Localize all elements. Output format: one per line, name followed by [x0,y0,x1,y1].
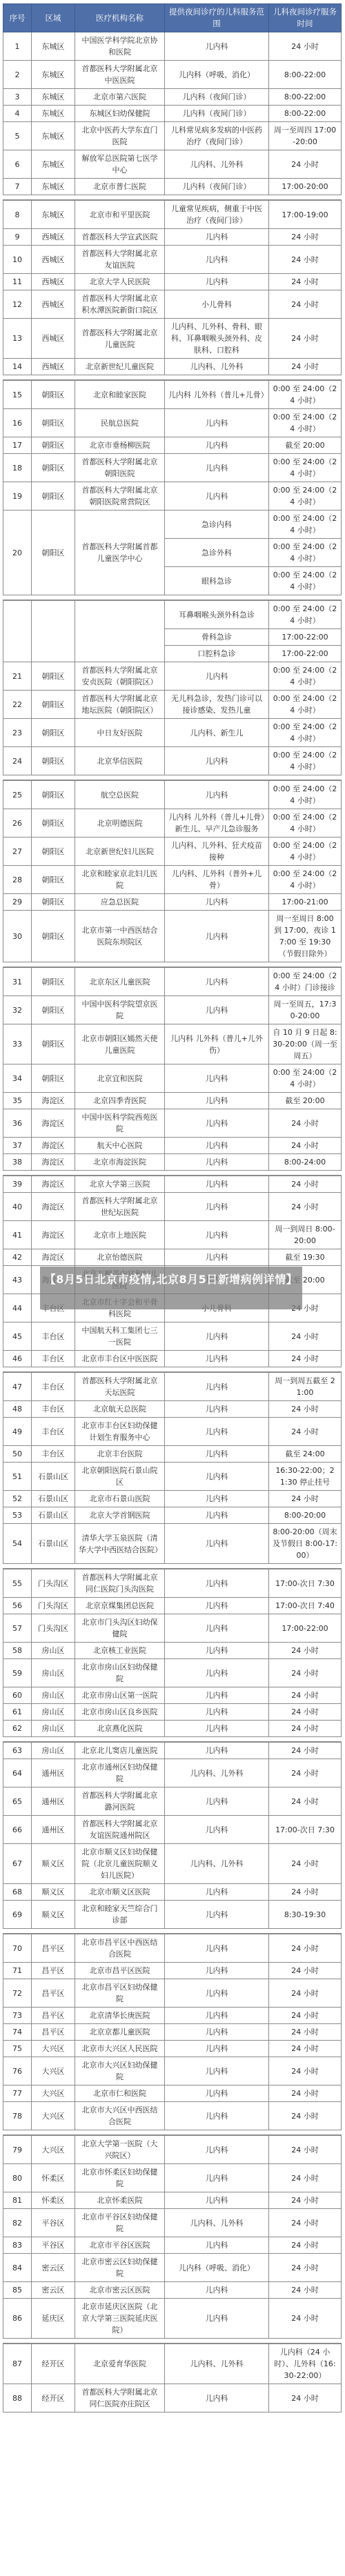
row-index: 17 [3,437,32,454]
row-institution: 北京市密云区医院 [75,2282,165,2299]
row-service-time: 17:00-22:00 [269,1614,342,1643]
row-district: 朝阳区 [32,996,75,1024]
row-institution: 东城区妇幼保健院 [75,106,165,122]
row-district: 丰台区 [32,1322,75,1351]
row-district: 东城区 [32,32,75,61]
row-service-time: 0:00 至 24:00（24 小时） [269,838,342,866]
row-service-time: 24 小时 [269,1787,342,1816]
row-district: 东城区 [32,89,75,106]
row-district: 东城区 [32,61,75,89]
row-institution: 中国中医科学院西苑医院 [75,1109,165,1138]
table-row: 32朝阳区中国中医科学院望京医院儿内科周一至周五，17:30-20:00 [3,996,342,1024]
row-institution: 北京华信医院 [75,747,165,775]
row-district: 密云区 [32,2282,75,2299]
row-service-time: 24 小时 [269,32,342,61]
row-institution: 北京大学第三医院 [75,1176,165,1193]
table-row: 58房山区北京核工业医院儿内科24 小时 [3,1643,342,1659]
table-row: 39海淀区北京大学第三医院儿内科24 小时 [3,1176,342,1193]
row-service-scope: 儿内科 [165,2192,269,2209]
row-institution: 北京朝阳医院石景山院区 [75,1463,165,1491]
row-district: 丰台区 [32,1351,75,1367]
table-row: 30朝阳区北京市第一中西医结合医院东坝院区儿内科周一至周日 8:00 到 17:… [3,911,342,962]
row-index: 49 [3,1418,32,1446]
row-district: 大兴区 [32,2041,75,2057]
row-district: 朝阳区 [32,809,75,838]
table-row: 8东城区北京市和平里医院儿童常见疾病，侧重于中医治疗（夜间门诊）17:00-19… [3,200,342,229]
row-service-time: 8:00-24:00 [269,1154,342,1171]
row-district: 朝阳区 [32,1064,75,1093]
row-service-scope: 儿内科 [165,1507,269,1524]
row-service-scope: 儿内科 [165,911,269,962]
row-index: 42 [3,1249,32,1266]
row-service-time: 17:00-次日 7:40 [269,1598,342,1614]
row-institution: 北京新世纪儿童医院 [75,359,165,375]
table-row: 67顺义区北京市顺义区妇幼保健院（北京儿童医院顺义妇儿医院）儿内科、儿外科24 … [3,1844,342,1884]
row-service-scope: 无儿科急诊，发热门诊可以接诊感染、发热儿童 [165,691,269,719]
row-service-scope: 儿内科 [165,1418,269,1446]
row-service-scope: 儿内科（夜间门诊） [165,89,269,106]
row-institution: 北京市上地医院 [75,1221,165,1249]
row-service-time: 24 小时 [269,2384,342,2412]
row-service-time: 0:00 至 24:00（24 小时） [269,1064,342,1093]
row-index: 52 [3,1491,32,1507]
row-district: 石景山区 [32,1507,75,1524]
row-service-scope: 儿内科 [165,1569,269,1598]
row-service-time: 截至 20:00 [269,1093,342,1109]
row-district: 海淀区 [32,1109,75,1138]
row-service-time: 24 小时 [269,2192,342,2209]
row-service-scope: 儿内科 [165,32,269,61]
row-service-time: 24 小时 [269,1193,342,1221]
row-institution: 北京市房山区良乡医院 [75,1704,165,1721]
row-index: 58 [3,1643,32,1659]
row-service-scope: 儿内科、儿外科 [165,2344,269,2384]
row-service-time: 8:00-22:00 [269,61,342,89]
row-service-time: 周一至周日 8:00 到 17:00，夜诊 17:00 至 19:30（节假日除… [269,911,342,962]
row-institution: 北京和睦家京北妇儿医院 [75,866,165,894]
table-row: 55门头沟区首都医科大学附属北京同仁医院门头沟医院儿内科17:00-次日 7:3… [3,1569,342,1598]
row-institution: 北京市门头沟区妇幼保健院 [75,1614,165,1643]
row-service-scope: 儿内科 [165,1742,269,1759]
row-district: 怀柔区 [32,2164,75,2192]
row-index: 48 [3,1401,32,1418]
row-district: 平谷区 [32,2237,75,2254]
row-institution: 首都医科大学附属北京朝阳医院 [75,454,165,482]
row-service-scope: 儿内科 [165,2384,269,2412]
row-service-scope: 儿内科 [165,1659,269,1687]
row-district: 石景山区 [32,1491,75,1507]
table-row: 77大兴区北京市仁和医院儿内科24 小时 [3,2085,342,2102]
row-service-time: 24 小时 [269,1418,342,1446]
row-index: 62 [3,1721,32,1737]
row-district: 朝阳区 [32,511,75,595]
row-service-scope: 儿内科 [165,1934,269,1963]
row-index: 88 [3,2384,32,2412]
row-district: 朝阳区 [32,380,75,409]
row-index: 78 [3,2102,32,2130]
table-row: 41海淀区北京市上地医院儿内科周一到周日 8:00-20:00 [3,1221,342,1249]
row-district: 怀柔区 [32,2192,75,2209]
row-service-time: 24 小时 [269,1687,342,1704]
row-index: 15 [3,380,32,409]
row-index: 82 [3,2209,32,2237]
row-district: 丰台区 [32,1372,75,1401]
row-service-time: 24 小时 [269,2164,342,2192]
row-district: 密云区 [32,2254,75,2282]
row-service-scope: 儿内科（呼吸、消化） [165,61,269,89]
row-service-time: 0:00 至 24:00（24 小时） [269,409,342,437]
row-institution: 北京市普仁医院 [75,179,165,195]
row-service-time: 8:00-22:00 [269,106,342,122]
row-index: 36 [3,1109,32,1138]
table-row: 49丰台区北京市丰台区妇幼保健计划生育服务中心儿内科24 小时 [3,1418,342,1446]
row-service-scope: 儿内科 [165,1401,269,1418]
row-index: 38 [3,1154,32,1171]
row-district: 房山区 [32,1704,75,1721]
row-service-time: 8:00-20:00 [269,1507,342,1524]
row-district: 昌平区 [32,1979,75,2008]
row-institution: 北京宜和医院 [75,1064,165,1093]
table-row: 24朝阳区北京华信医院儿内科0:00 至 24:00（24 小时） [3,747,342,775]
row-index: 46 [3,1351,32,1367]
row-service-time: 24 小时 [269,1659,342,1687]
table-body: 1东城区中国医学科学院北京协和医院儿内科24 小时2东城区首都医科大学附属北京中… [3,32,342,2412]
gap-cell [3,1367,342,1373]
row-institution: 首都医科大学附属首都儿童医学中心 [75,511,165,595]
table-row: 54石景山区清华大学玉泉医院（清华大学中西医结合医院）儿内科8:00-20:00… [3,1524,342,1564]
row-index: 26 [3,809,32,838]
table-row: 11西城区北京大学人民医院儿内科24 小时 [3,274,342,290]
row-district: 海淀区 [32,1093,75,1109]
row-district: 朝阳区 [32,747,75,775]
row-service-time: 0:00 至 24:00（24 小时） [269,380,342,409]
row-institution: 北京市延庆区医院（北京大学第三医院延庆医院） [75,2299,165,2339]
gap-cell [3,1564,342,1569]
row-institution: 北京市顺义区医院 [75,1884,165,1901]
row-service-time: 24 小时 [269,1351,342,1367]
row-district: 海淀区 [32,1138,75,1154]
table-row: 79大兴区北京大学第一医院（大兴院区）儿内科24 小时 [3,2135,342,2164]
row-service-scope: 儿内科 [165,1816,269,1844]
table-row: 33朝阳区北京市朝阳区嫣然天使儿童医院儿内科 儿外科（普儿+儿外伤）自 10 月… [3,1024,342,1064]
row-service-scope: 儿内科 [165,1787,269,1816]
row-service-scope: 儿内科 [165,1109,269,1138]
row-institution: 北京大学首钢医院 [75,1507,165,1524]
night-pediatric-table-container: 序号 区域 医疗机构名称 提供夜间诊疗的儿科服务范围 儿科夜间诊疗服务时间 1东… [3,3,341,2412]
row-service-scope: 儿内科 [165,747,269,775]
row-service-time: 0:00 至 24:00（24 小时） [269,539,342,567]
row-service-scope: 儿内科 [165,1721,269,1737]
row-district: 朝阳区 [32,1024,75,1064]
row-service-scope: 儿内科 [165,2085,269,2102]
row-institution: 首都医科大学附属北京中医医院 [75,61,165,89]
row-index: 61 [3,1704,32,1721]
table-row: 51石景山区北京朝阳医院石景山院区儿内科16:30-22:00；21:30 停止… [3,1463,342,1491]
row-institution: 北京丰台医院 [75,1446,165,1463]
row-service-time: 17:00-次日 7:30 [269,1569,342,1598]
row-service-scope: 儿内科 [165,1372,269,1401]
row-institution: 北京市大兴区妇幼保健院 [75,2057,165,2085]
row-index: 24 [3,747,32,775]
row-service-time: 24 小时 [269,1934,342,1963]
row-institution: 北京清华长庚医院 [75,2008,165,2024]
table-row: 45丰台区中国航天科工集团七三一医院儿内科24 小时 [3,1322,342,1351]
row-service-time: 17:00-22:00 [269,629,342,646]
table-segment-gap [3,595,342,601]
row-index: 11 [3,274,32,290]
row-index: 14 [3,359,32,375]
row-service-scope: 儿内科 [165,1687,269,1704]
row-institution: 北京燕化医院 [75,1721,165,1737]
row-service-scope: 儿内科 [165,2024,269,2041]
row-district: 平谷区 [32,2209,75,2237]
row-district: 昌平区 [32,1934,75,1963]
row-district: 石景山区 [32,1463,75,1491]
row-service-scope: 儿内科 儿外科（普儿+儿骨） [165,380,269,409]
row-district: 西城区 [32,246,75,274]
row-institution: 北京大学人民医院 [75,274,165,290]
table-row: 29朝阳区应急总医院儿内科17:00-21:00 [3,894,342,911]
row-institution: 北京中医药大学东直门医院 [75,122,165,150]
row-institution: 北京航天总医院 [75,1401,165,1418]
row-index: 37 [3,1138,32,1154]
row-service-scope: 儿内科 [165,2057,269,2085]
table-row: 9西城区首都医科大学宣武医院儿内科24 小时 [3,229,342,246]
row-service-scope: 儿内科 [165,454,269,482]
row-service-scope: 儿内科、儿外科 [165,2209,269,2237]
row-service-time: 0:00 至 24:00（24 小时） [269,482,342,511]
row-service-scope: 儿内科 [165,967,269,996]
row-service-time: 24 小时 [269,1759,342,1787]
row-service-scope: 儿内科 [165,1979,269,2008]
row-service-scope: 儿内科、儿外科（普外+儿骨） [165,866,269,894]
table-segment-gap [3,1564,342,1569]
row-institution: 首都医科大学附属北京积水潭医院新街口院区 [75,290,165,319]
row-service-time: 24 小时 [269,1963,342,1979]
row-district: 通州区 [32,1787,75,1816]
row-institution: 北京和睦家天竺综合门诊部 [75,1901,165,1929]
row-index: 39 [3,1176,32,1193]
row-service-scope: 儿内科 [165,2102,269,2130]
row-index: 85 [3,2282,32,2299]
header-service-scope: 提供夜间诊疗的儿科服务范围 [165,4,269,32]
row-service-time: 24 小时 [269,2024,342,2041]
row-district: 东城区 [32,200,75,229]
table-row: 31朝阳区北京东区儿童医院儿内科0:00 至 24:00（24 小时）门诊接诊 [3,967,342,996]
row-service-time: 周一到周五截至 21:00 [269,1372,342,1401]
row-index: 35 [3,1093,32,1109]
row-institution: 北京东区儿童医院 [75,967,165,996]
table-row: 23朝阳区中日友好医院儿内科、新生儿0:00 至 24:00（24 小时） [3,719,342,747]
row-institution: 北京市昌平区医院 [75,1963,165,1979]
row-service-scope: 儿内科 [165,229,269,246]
table-row: 3东城区北京市第六医院儿内科（夜间门诊）8:00-22:00 [3,89,342,106]
row-index: 80 [3,2164,32,2192]
row-index: 77 [3,2085,32,2102]
row-service-scope: 儿内科 [165,2041,269,2057]
row-district: 石景山区 [32,1524,75,1564]
row-service-scope: 儿内科 儿外科（普儿+儿骨）新生儿、早产儿急诊服务 [165,809,269,838]
row-service-scope: 儿内科 [165,2008,269,2024]
row-service-scope: 儿内科 [165,1093,269,1109]
row-service-time: 24 小时 [269,1742,342,1759]
row-service-time: 24 小时 [269,359,342,375]
row-district: 丰台区 [32,1401,75,1418]
row-service-scope: 儿内科 [165,1064,269,1093]
row-district: 海淀区 [32,1249,75,1266]
row-service-time: 0:00 至 24:00（24 小时） [269,719,342,747]
row-service-time: 24 小时 [269,1176,342,1193]
row-institution [75,600,165,662]
row-institution: 北京大学第一医院（大兴院区） [75,2135,165,2164]
table-row: 84密云区北京市密云区妇幼保健院儿内科（呼吸、消化）24 小时 [3,2254,342,2282]
row-service-time: 24 小时 [269,1643,342,1659]
row-index: 53 [3,1507,32,1524]
row-institution: 北京市和平里医院 [75,200,165,229]
row-institution: 北京爱育华医院 [75,2344,165,2384]
gap-cell [3,775,342,781]
row-institution: 北京市顺义区妇幼保健院（北京儿童医院顺义妇儿医院） [75,1844,165,1884]
row-institution: 北京市平谷区妇幼保健院 [75,2209,165,2237]
table-row: 27朝阳区北京新世纪妇儿医院儿内科、儿外科、狂犬疫苗接种0:00 至 24:00… [3,838,342,866]
row-district [32,600,75,662]
row-service-time: 24 小时 [269,1979,342,2008]
row-service-time: 24 小时 [269,1322,342,1351]
row-service-scope: 儿内科 [165,1154,269,1171]
table-segment-gap [3,1367,342,1373]
row-district: 朝阳区 [32,691,75,719]
row-service-time: 24 小时 [269,150,342,179]
row-index: 9 [3,229,32,246]
row-service-scope: 儿内科 [165,1963,269,1979]
row-service-scope: 儿内科 [165,1138,269,1154]
row-index: 50 [3,1446,32,1463]
table-segment-gap [3,2339,342,2344]
row-district: 朝阳区 [32,454,75,482]
row-institution: 北京市仁和医院 [75,2085,165,2102]
header-institution: 医疗机构名称 [75,4,165,32]
row-index: 8 [3,200,32,229]
table-row: 16朝阳区民航总医院儿内科0:00 至 24:00（24 小时） [3,409,342,437]
row-service-time: 截至 24:00 [269,1446,342,1463]
row-service-scope: 儿内科 [165,1446,269,1463]
row-district: 东城区 [32,106,75,122]
table-row: 72昌平区北京市昌平区妇幼保健院儿内科24 小时 [3,1979,342,2008]
row-institution: 北京市房山区妇幼保健院 [75,1659,165,1687]
row-index: 10 [3,246,32,274]
row-institution: 北京市丰台区妇幼保健计划生育服务中心 [75,1418,165,1446]
row-index [3,600,32,662]
row-index: 20 [3,511,32,595]
row-index: 59 [3,1659,32,1687]
row-index: 3 [3,89,32,106]
row-service-time: 8:00-20:00（周末及节假日 8:00-17:00） [269,1524,342,1564]
row-district: 海淀区 [32,1154,75,1171]
table-row: 57门头沟区北京市门头沟区妇幼保健院儿内科17:00-22:00 [3,1614,342,1643]
row-institution: 首都医科大学附属北京地坛医院（朝阳院区） [75,691,165,719]
row-index: 30 [3,911,32,962]
row-institution: 北京市第一中西医结合医院东坝院区 [75,911,165,962]
table-row: 53石景山区北京大学首钢医院儿内科8:00-20:00 [3,1507,342,1524]
row-district: 顺义区 [32,1844,75,1884]
header-index: 序号 [3,4,32,32]
row-service-time: 儿内科（24 小时）、儿外科（16:30-22:00） [269,2344,342,2384]
row-service-time: 24 小时 [269,2102,342,2130]
row-district: 房山区 [32,1687,75,1704]
row-district: 朝阳区 [32,482,75,511]
row-service-time: 8:00-22:00 [269,89,342,106]
row-service-scope: 儿内科 [165,437,269,454]
row-service-time: 0:00 至 24:00（24 小时） [269,567,342,595]
row-district: 丰台区 [32,1418,75,1446]
table-row: 83平谷区北京市平谷区医院儿内科24 小时 [3,2237,342,2254]
table-segment-gap [3,1929,342,1934]
row-district: 大兴区 [32,2085,75,2102]
table-row: 74昌平区北京京都儿童医院儿内科24 小时 [3,2024,342,2041]
table-row: 82平谷区北京市平谷区妇幼保健院儿内科、儿外科24 小时 [3,2209,342,2237]
row-institution: 航空总医院 [75,780,165,809]
table-row: 78大兴区北京市大兴区中西医结合医院儿内科24 小时 [3,2102,342,2130]
row-service-scope: 骨科急诊 [165,629,269,646]
table-segment-gap [3,775,342,781]
row-service-scope: 儿内科 [165,409,269,437]
table-row: 12西城区首都医科大学附属北京积水潭医院新街口院区小儿骨科24 小时 [3,290,342,319]
row-service-scope: 急诊外科 [165,539,269,567]
table-row: 62房山区北京燕化医院儿内科24 小时 [3,1721,342,1737]
row-district: 朝阳区 [32,437,75,454]
row-institution: 北京市海淀医院 [75,1154,165,1171]
table-segment-gap [3,962,342,968]
row-district: 朝阳区 [32,780,75,809]
table-row: 7东城区北京市普仁医院儿内科（夜间门诊）17:00-20:00 [3,179,342,195]
row-institution: 中日友好医院 [75,719,165,747]
article-title-overlay: 【8月5日北京市疫情,北京8月5日新增病例详情】 [40,1267,302,1309]
row-service-scope: 儿内科 [165,1643,269,1659]
row-index: 70 [3,1934,32,1963]
row-institution: 北京京煤集团总医院 [75,1598,165,1614]
table-row: 76大兴区北京市大兴区妇幼保健院儿内科24 小时 [3,2057,342,2085]
row-district: 顺义区 [32,1884,75,1901]
row-institution: 中国航天科工集团七三一医院 [75,1322,165,1351]
table-row: 87经开区北京爱育华医院儿内科、儿外科儿内科（24 小时）、儿外科（16:30-… [3,2344,342,2384]
table-row: 6东城区解放军总医院第七医学中心儿内科、儿外科24 小时 [3,150,342,179]
row-index: 1 [3,32,32,61]
row-index: 75 [3,2041,32,2057]
row-index: 71 [3,1963,32,1979]
table-row: 52石景山区北京市石景山医院儿内科24 小时 [3,1491,342,1507]
row-institution: 首都医科大学附属北京友谊医院 [75,246,165,274]
row-index: 87 [3,2344,32,2384]
row-district: 朝阳区 [32,866,75,894]
row-service-scope: 儿内科、儿外科 [165,150,269,179]
row-institution: 北京市大兴区中西医结合医院 [75,2102,165,2130]
row-district: 西城区 [32,229,75,246]
table-row: 21朝阳区首都医科大学附属北京安贞医院（朝阳院区）儿内科0:00 至 24:00… [3,662,342,691]
row-service-scope: 儿童常见疾病，侧重于中医治疗（夜间门诊） [165,200,269,229]
table-row: 56门头沟区北京京煤集团总医院儿内科17:00-次日 7:40 [3,1598,342,1614]
row-index: 43 [3,1266,32,1294]
row-service-time: 24 小时 [269,1138,342,1154]
row-index: 66 [3,1816,32,1844]
row-index: 54 [3,1524,32,1564]
table-row: 耳鼻咽喉头颈外科急诊0:00 至 24:00（24 小时） [3,600,342,629]
row-service-scope: 儿内科 [165,996,269,1024]
table-row: 14西城区北京新世纪儿童医院儿内科、儿外科24 小时 [3,359,342,375]
row-index: 64 [3,1759,32,1787]
row-service-time: 24 小时 [269,246,342,274]
row-index: 32 [3,996,32,1024]
row-institution: 首都医科大学附属北京天坛医院 [75,1372,165,1401]
